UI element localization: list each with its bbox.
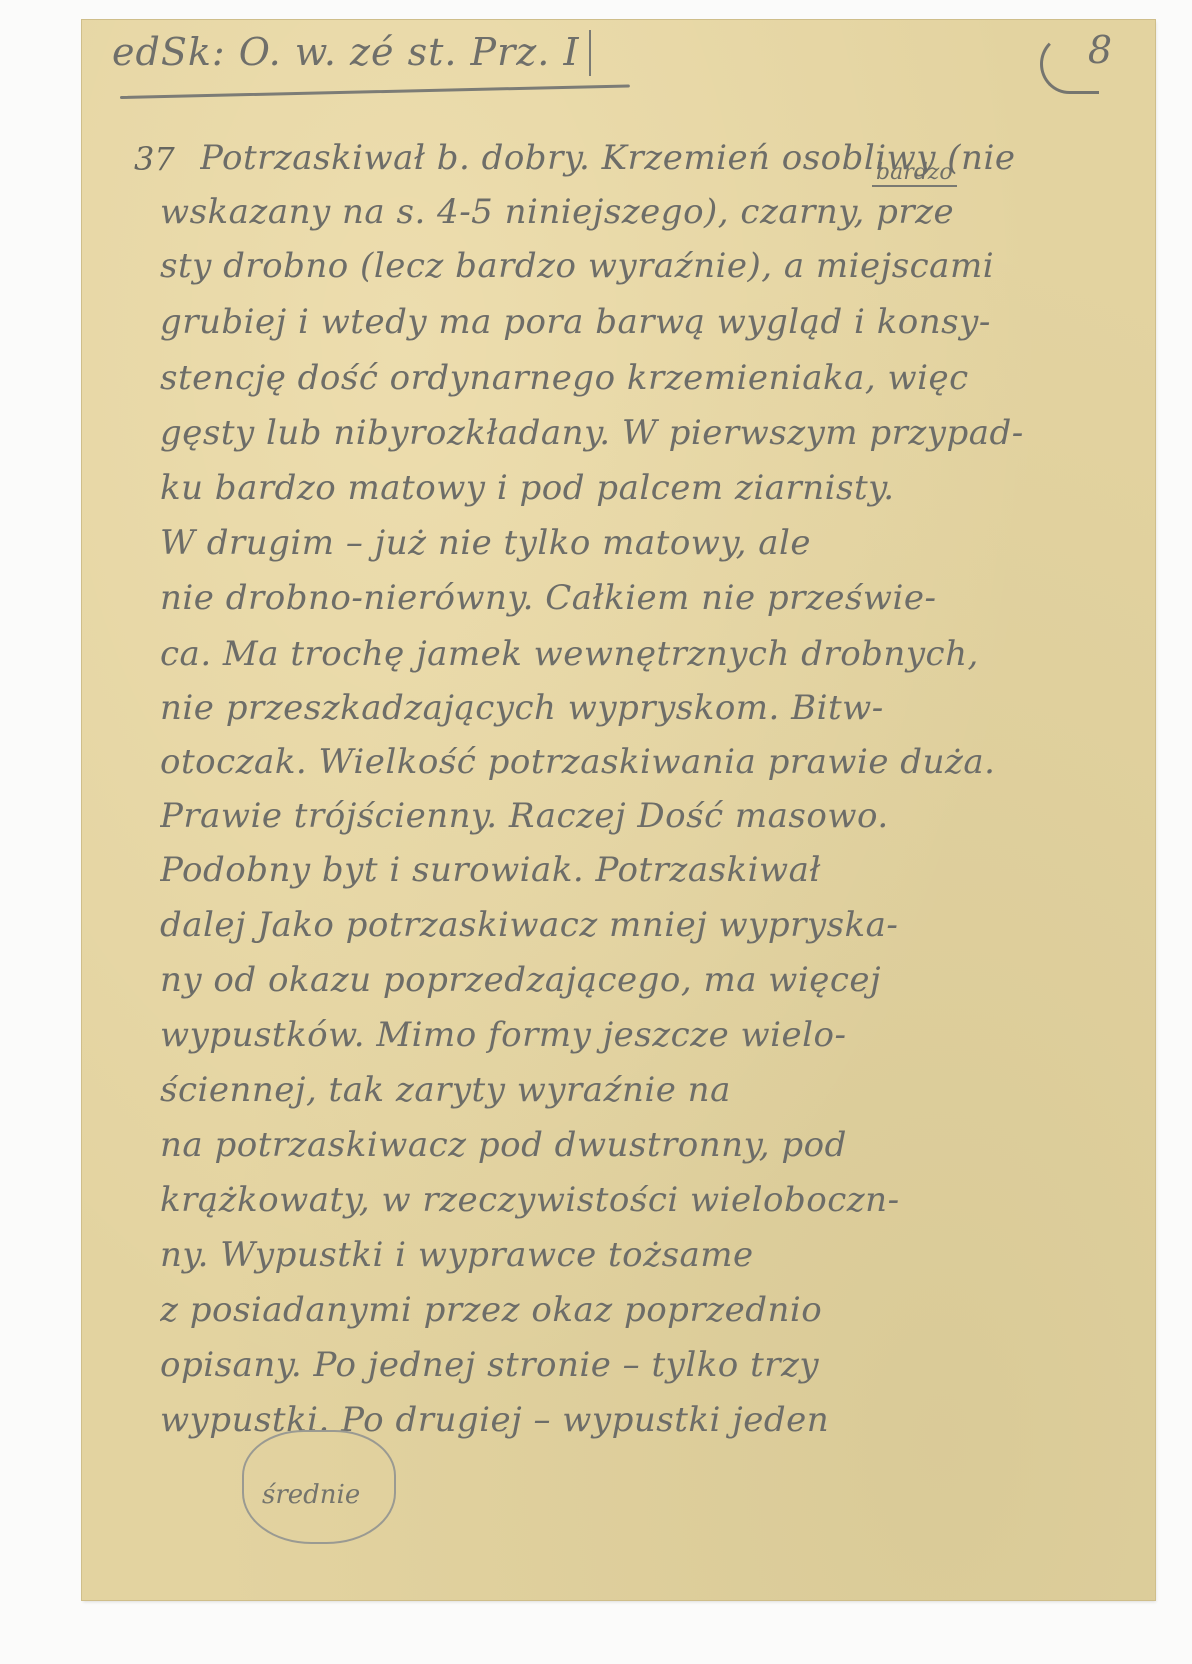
text-line-2: wskazany na s. 4-5 niniejszego), czarny,…: [160, 192, 1110, 232]
circled-annotation-label: średnie: [262, 1480, 360, 1510]
text-line-21: ny. Wypustki i wyprawce tożsame: [160, 1235, 1110, 1275]
text-line-19: na potrzaskiwacz pod dwustronny, pod: [160, 1125, 1110, 1165]
text-line-10: ca. Ma trochę jamek wewnętrznych drobnyc…: [160, 634, 1110, 674]
text-line-3: sty drobno (lecz bardzo wyraźnie), a mie…: [160, 246, 1110, 286]
text-line-11: nie przeszkadzających wypryskom. Bitw-: [160, 688, 1110, 728]
text-line-13: Prawie trójścienny. Raczej Dość masowo.: [160, 796, 1110, 836]
handwritten-text-block: Potrzaskiwał b. dobry. Krzemień osobliwy…: [82, 20, 1155, 1600]
text-line-7: ku bardzo matowy i pod palcem ziarnisty.: [160, 468, 1110, 508]
text-line-8: W drugim – już nie tylko matowy, ale: [160, 523, 1110, 563]
text-line-22: z posiadanymi przez okaz poprzednio: [160, 1290, 1110, 1330]
text-line-20: krążkowaty, w rzeczywistości wieloboczn-: [160, 1180, 1110, 1220]
text-line-14: Podobny byt i surowiak. Potrzaskiwał: [160, 850, 1110, 890]
text-line-16: ny od okazu poprzedzającego, ma więcej: [160, 960, 1110, 1000]
text-line-15: dalej Jako potrzaskiwacz mniej wypryska-: [160, 905, 1110, 945]
text-line-4: grubiej i wtedy ma pora barwą wygląd i k…: [160, 302, 1110, 342]
text-line-5: stencję dość ordynarnego krzemieniaka, w…: [160, 358, 1110, 398]
text-line-6: gęsty lub nibyrozkładany. W pierwszym pr…: [160, 413, 1110, 453]
text-line-18: ściennej, tak zaryty wyraźnie na: [160, 1070, 1110, 1110]
text-line-1: Potrzaskiwał b. dobry. Krzemień osobliwy…: [200, 138, 1150, 178]
text-line-17: wypustków. Mimo formy jeszcze wielo-: [160, 1015, 1110, 1055]
text-line-23: opisany. Po jednej stronie – tylko trzy: [160, 1345, 1110, 1385]
text-line-9: nie drobno-nierówny. Całkiem nie prześwi…: [160, 578, 1110, 618]
text-line-12: otoczak. Wielkość potrzaskiwania prawie …: [160, 742, 1110, 782]
manuscript-page: edSk: O. w. zé st. Prz. I 8 37 bardzo Po…: [82, 20, 1155, 1600]
